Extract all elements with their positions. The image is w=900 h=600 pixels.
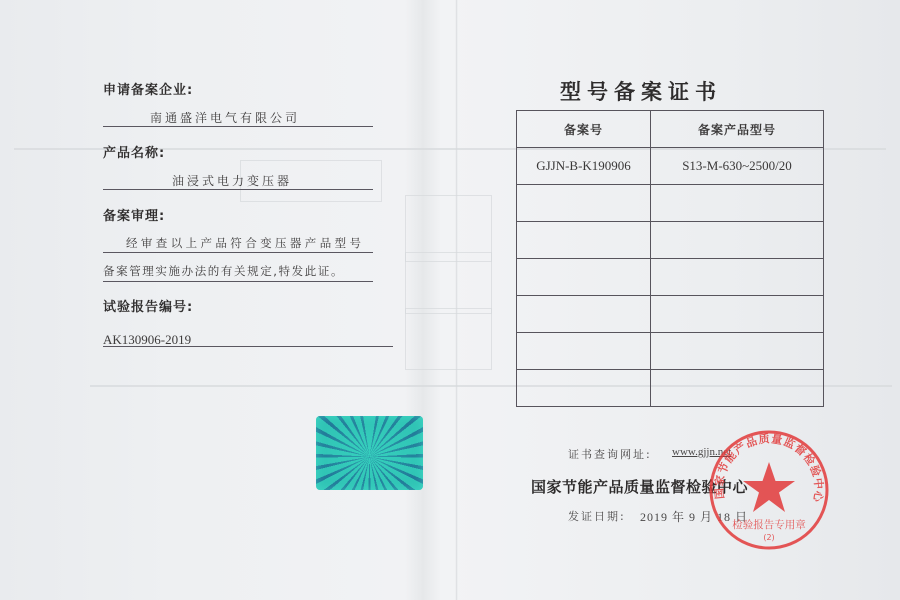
product-value: 油浸式电力变压器 [172,172,292,189]
filing-number-cell [517,333,651,370]
seal-sub-text: (2) [763,533,774,542]
header-filing-number: 备案号 [517,111,651,148]
table-row [517,259,824,296]
product-model-cell [651,185,824,222]
product-model-cell: S13-M-630~2500/20 [651,148,824,185]
table-row [517,296,824,333]
background-drawing [405,308,492,370]
header-product-model: 备案产品型号 [651,111,824,148]
filing-number-cell [517,259,651,296]
query-label: 证书查询网址: [568,446,652,462]
table-row [517,333,824,370]
issue-date-label: 发证日期: [568,508,626,524]
applicant-underline [103,126,373,127]
hologram-sticker [316,416,423,490]
table-row [517,185,824,222]
applicant-value: 南通盛洋电气有限公司 [150,109,300,126]
report-label: 试验报告编号: [103,296,193,315]
product-model-cell [651,333,824,370]
product-label: 产品名称: [103,142,165,161]
table-row [517,222,824,259]
product-model-cell [651,296,824,333]
table-row: GJJN-B-K190906 S13-M-630~2500/20 [517,148,824,185]
table-header-row: 备案号 备案产品型号 [517,111,824,148]
report-underline [103,346,393,347]
review-line-1: 经审查以上产品符合变压器产品型号 [126,235,364,251]
filing-number-cell [517,185,651,222]
seal-star-icon [743,462,795,512]
filing-number-cell [517,222,651,259]
filing-number-cell: GJJN-B-K190906 [517,148,651,185]
review-label: 备案审理: [103,205,165,224]
filing-number-cell [517,296,651,333]
registration-table: 备案号 备案产品型号 GJJN-B-K190906 S13-M-630~2500… [516,110,824,407]
product-model-cell [651,259,824,296]
product-model-cell [651,222,824,259]
filing-number-cell [517,370,651,407]
applicant-label: 申请备案企业: [103,79,193,98]
review-underline-2 [103,281,373,282]
seal-center-text: 检验报告专用章 [732,518,806,531]
review-underline-1 [103,252,373,253]
certificate-title: 型号备案证书 [560,76,722,106]
review-line-2: 备案管理实施办法的有关规定,特发此证。 [103,263,344,279]
official-seal: 国家节能产品质量监督检验中心 检验报告专用章 (2) [707,428,831,552]
background-drawing [405,252,492,314]
table-row [517,370,824,407]
product-model-cell [651,370,824,407]
product-underline [103,189,373,190]
